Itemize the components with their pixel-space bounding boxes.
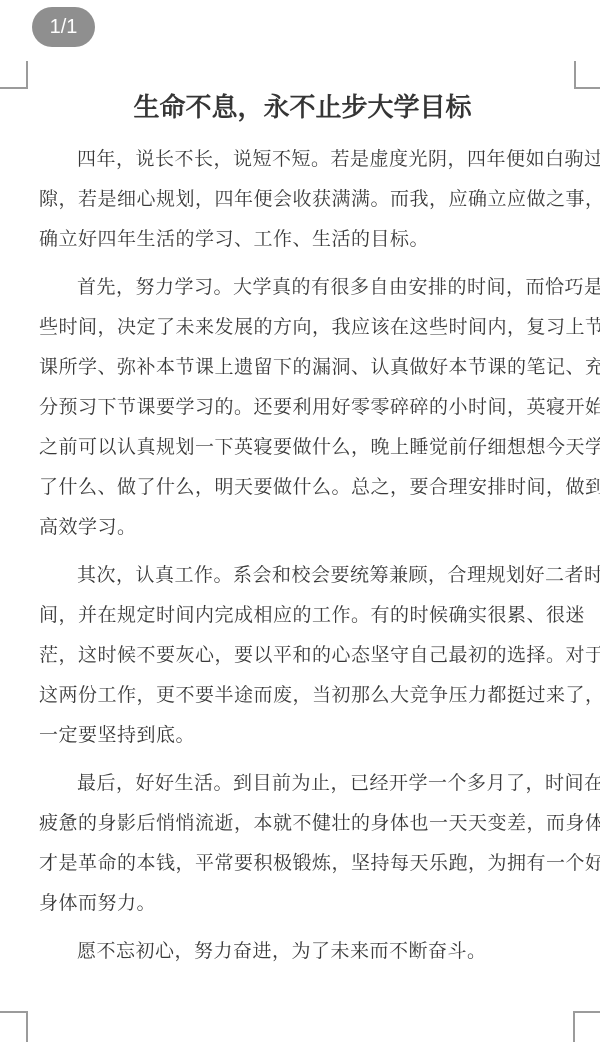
text-line: 疲惫的身影后悄悄流逝，本就不健壮的身体也一天天变差，而身体 — [39, 804, 566, 844]
text-line: 茫，这时候不要灰心，要以平和的心态坚守自己最初的选择。对于 — [39, 636, 566, 676]
text-line: 隙，若是细心规划，四年便会收获满满。而我，应确立应做之事， — [39, 180, 566, 220]
text-line: 这两份工作，更不要半途而废，当初那么大竞争压力都挺过来了， — [39, 676, 566, 716]
paragraph-3: 其次，认真工作。系会和校会要统筹兼顾，合理规划好二者时 间，并在规定时间内完成相… — [39, 556, 566, 756]
text-line: 间，并在规定时间内完成相应的工作。有的时候确实很累、很迷 — [39, 596, 566, 636]
text-line: 四年，说长不长，说短不短。若是虚度光阴，四年便如白驹过 — [39, 140, 566, 180]
document-body: 生命不息，永不止步大学目标 四年，说长不长，说短不短。若是虚度光阴，四年便如白驹… — [39, 90, 566, 972]
text-line: 些时间，决定了未来发展的方向，我应该在这些时间内，复习上节 — [39, 308, 566, 348]
text-line: 了什么、做了什么，明天要做什么。总之，要合理安排时间，做到 — [39, 468, 566, 508]
paragraph-2: 首先，努力学习。大学真的有很多自由安排的时间，而恰巧是这 些时间，决定了未来发展… — [39, 268, 566, 548]
text-line: 身体而努力。 — [39, 884, 566, 924]
text-line: 才是革命的本钱，平常要积极锻炼，坚持每天乐跑，为拥有一个好 — [39, 844, 566, 884]
text-line: 最后，好好生活。到目前为止，已经开学一个多月了，时间在我 — [39, 764, 566, 804]
crop-corner-bottom-right-icon — [573, 1011, 600, 1042]
text-line: 确立好四年生活的学习、工作、生活的目标。 — [39, 220, 566, 260]
paragraph-4: 最后，好好生活。到目前为止，已经开学一个多月了，时间在我 疲惫的身影后悄悄流逝，… — [39, 764, 566, 924]
text-line: 课所学、弥补本节课上遗留下的漏洞、认真做好本节课的笔记、充 — [39, 348, 566, 388]
text-line: 愿不忘初心，努力奋进，为了未来而不断奋斗。 — [39, 932, 566, 972]
text-line: 高效学习。 — [39, 508, 566, 548]
paragraph-1: 四年，说长不长，说短不短。若是虚度光阴，四年便如白驹过 隙，若是细心规划，四年便… — [39, 140, 566, 260]
text-line: 之前可以认真规划一下英寝要做什么，晚上睡觉前仔细想想今天学 — [39, 428, 566, 468]
crop-corner-bottom-left-icon — [0, 1011, 28, 1042]
text-line: 一定要坚持到底。 — [39, 716, 566, 756]
page-indicator-badge: 1/1 — [32, 7, 95, 47]
scanned-document-page: 1/1 生命不息，永不止步大学目标 四年，说长不长，说短不短。若是虚度光阴，四年… — [0, 0, 600, 1053]
document-title: 生命不息，永不止步大学目标 — [39, 90, 566, 124]
crop-corner-top-right-icon — [574, 61, 600, 89]
text-line: 其次，认真工作。系会和校会要统筹兼顾，合理规划好二者时 — [39, 556, 566, 596]
paragraph-5: 愿不忘初心，努力奋进，为了未来而不断奋斗。 — [39, 932, 566, 972]
crop-corner-top-left-icon — [0, 61, 28, 89]
page-indicator-label: 1/1 — [50, 16, 78, 39]
text-line: 首先，努力学习。大学真的有很多自由安排的时间，而恰巧是这 — [39, 268, 566, 308]
text-line: 分预习下节课要学习的。还要利用好零零碎碎的小时间，英寝开始 — [39, 388, 566, 428]
